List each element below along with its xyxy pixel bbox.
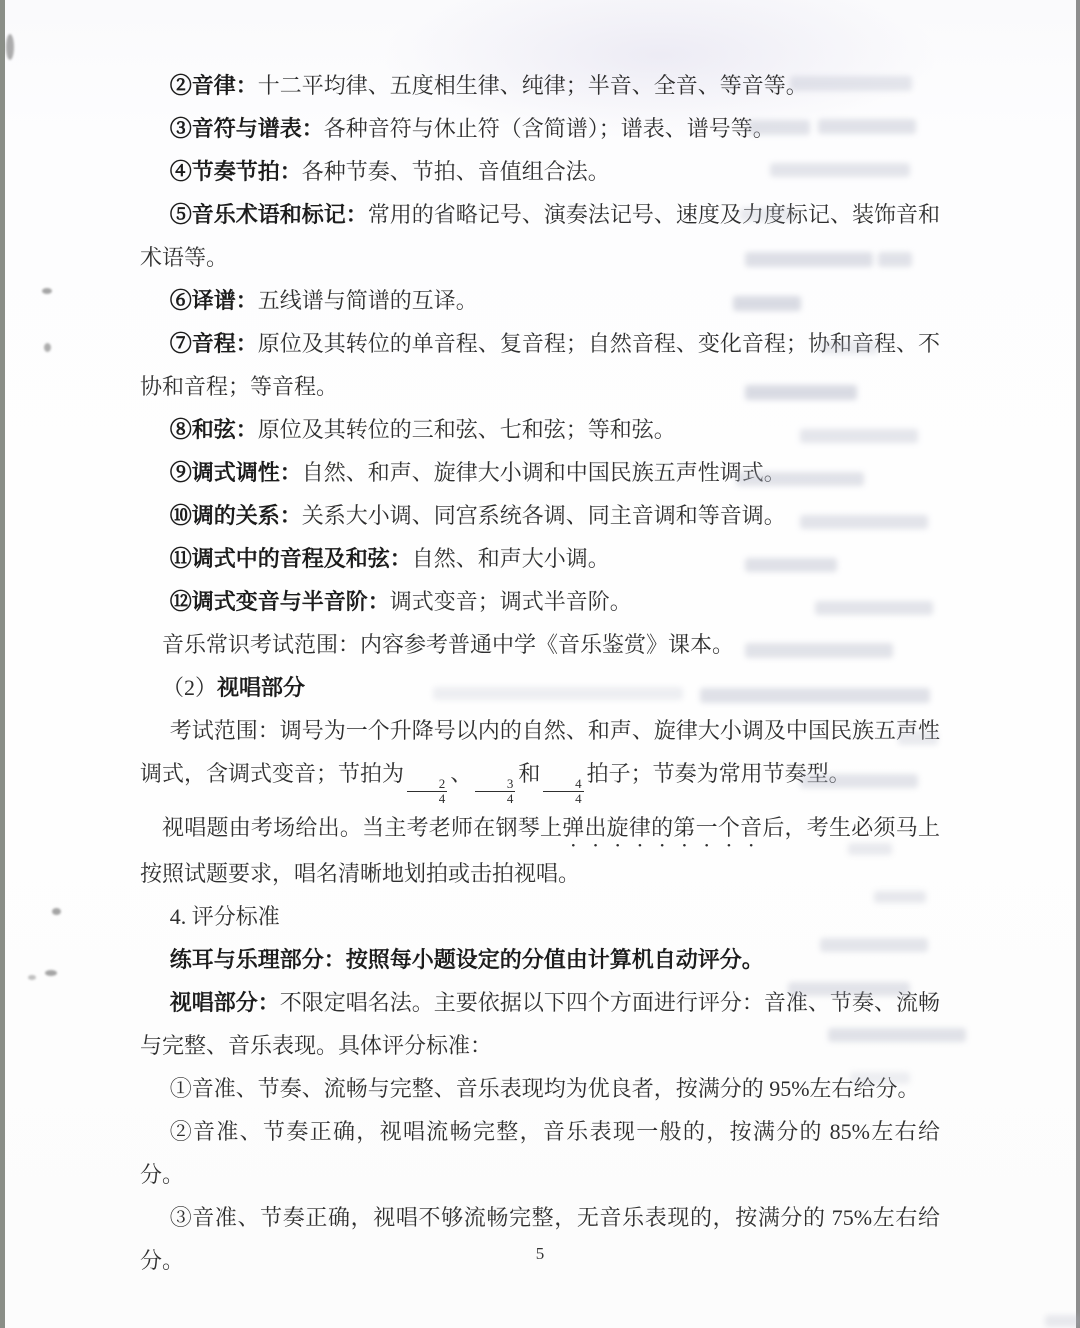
- text-run: ②音准、节奏正确，视唱流畅完整，音乐表现一般的，按满分的 85%左右给分。: [140, 1119, 940, 1187]
- ink-speck: [6, 34, 14, 60]
- text-run-bold: ⑫调式变音与半音阶：: [170, 589, 390, 614]
- fraction-denominator: 4: [475, 792, 515, 806]
- bleedthrough-mark: [815, 601, 933, 615]
- bleedthrough-mark: [818, 119, 916, 134]
- text-run-bold: 视唱部分: [217, 675, 305, 700]
- bleedthrough-mark: [850, 1072, 910, 1084]
- text-run: 调式变音；调式半音阶。: [390, 589, 632, 614]
- text-run: 音乐常识考试范围：内容参考普通中学《音乐鉴赏》课本。: [162, 632, 734, 657]
- heading-pingfen-biaozhun: 4. 评分标准: [140, 895, 940, 938]
- bleedthrough-mark: [800, 429, 918, 443]
- bleedthrough-mark: [745, 558, 837, 572]
- text-run: 五线谱与简谱的互译。: [258, 288, 478, 313]
- photo-edge-left: [0, 0, 5, 1328]
- text-run-bold: ④节奏节拍：: [170, 159, 302, 184]
- bleedthrough-mark: [740, 208, 795, 221]
- bleedthrough-mark: [828, 1028, 966, 1042]
- bleedthrough-mark: [800, 774, 918, 788]
- fraction-numerator: 4: [543, 777, 583, 792]
- text-run: 、: [450, 761, 472, 786]
- bleedthrough-mark: [745, 385, 857, 400]
- text-run: 原位及其转位的三和弦、七和弦；等和弦。: [258, 417, 676, 442]
- fraction-numerator: 3: [475, 777, 515, 792]
- ink-speck: [45, 970, 57, 976]
- grade-item-1: ①音准、节奏、流畅与完整、音乐表现均为优良者，按满分的 95%左右给分。: [140, 1067, 940, 1110]
- bleedthrough-mark: [745, 643, 893, 658]
- text-run-bold: ③音符与谱表：: [170, 116, 324, 141]
- bleedthrough-mark: [820, 938, 928, 952]
- text-run-bold: 练耳与乐理部分：按照每小题设定的分值由计算机自动评分。: [170, 947, 764, 972]
- text-run-emphasized: 弹出旋律的第一个音: [562, 815, 762, 840]
- grade-item-3: ③音准、节奏正确，视唱不够流畅完整，无音乐表现的，按满分的 75%左右给分。: [140, 1196, 940, 1282]
- bleedthrough-mark: [848, 843, 892, 855]
- text-run-bold: ②音律：: [170, 73, 258, 98]
- bleedthrough-mark: [770, 163, 910, 177]
- text-run: 自然、和声、旋律大小调和中国民族五声性调式。: [302, 460, 786, 485]
- bleedthrough-mark: [1045, 1315, 1080, 1327]
- para-kaoshi-fanwei: 考试范围：调号为一个升降号以内的自然、和声、旋律大小调及中国民族五声性调式，含调…: [140, 709, 940, 806]
- bleedthrough-mark: [433, 687, 683, 700]
- time-signature-fraction: 44: [543, 777, 583, 807]
- text-run-bold: ⑥译谱：: [170, 288, 258, 313]
- text-run: 十二平均律、五度相生律、纯律；半音、全音、等音等。: [258, 73, 808, 98]
- bleedthrough-mark: [790, 76, 912, 91]
- ink-speck: [42, 288, 52, 294]
- text-run: 视唱题由考场给出。当主考老师在钢琴上: [162, 815, 562, 840]
- grade-item-2: ②音准、节奏正确，视唱流畅完整，音乐表现一般的，按满分的 85%左右给分。: [140, 1110, 940, 1196]
- text-run: 各种节奏、节拍、音值组合法。: [302, 159, 610, 184]
- text-run: 4. 评分标准: [170, 904, 280, 929]
- para-shichangti: 视唱题由考场给出。当主考老师在钢琴上弹出旋律的第一个音后，考生必须马上按照试题要…: [140, 806, 940, 895]
- time-signature-fraction: 34: [475, 777, 515, 807]
- text-run: 自然、和声大小调。: [412, 546, 610, 571]
- bleedthrough-mark: [800, 515, 928, 529]
- bleedthrough-mark: [878, 252, 912, 267]
- bleedthrough-mark: [748, 120, 810, 135]
- text-run-bold: ⑧和弦：: [170, 417, 258, 442]
- ink-speck: [44, 343, 51, 352]
- item-6-yipu: ⑥译谱：五线谱与简谱的互译。: [140, 279, 940, 322]
- fraction-denominator: 4: [543, 792, 583, 806]
- text-run: 和: [518, 761, 540, 786]
- text-run: （2）: [162, 675, 217, 700]
- ink-speck: [28, 975, 36, 980]
- scanned-document-page: ②音律：十二平均律、五度相生律、纯律；半音、全音、等音等。③音符与谱表：各种音符…: [0, 0, 1080, 1328]
- text-run: 关系大小调、同宫系统各调、同主音调和等音调。: [302, 503, 786, 528]
- bleedthrough-mark: [736, 472, 864, 486]
- text-run-bold: ⑤音乐术语和标记：: [170, 202, 368, 227]
- text-run-bold: ⑪调式中的音程及和弦：: [170, 546, 412, 571]
- text-run: 各种音符与休止符（含简谱）；谱表、谱号等。: [324, 116, 775, 141]
- text-run: ①音准、节奏、流畅与完整、音乐表现均为优良者，按满分的 95%左右给分。: [170, 1076, 920, 1101]
- ink-speck: [52, 908, 61, 915]
- bleedthrough-mark: [874, 891, 926, 903]
- page-number: 5: [0, 1244, 1080, 1264]
- bleedthrough-mark: [700, 688, 930, 703]
- text-run-bold: ⑨调式调性：: [170, 460, 302, 485]
- time-signature-fraction: 24: [407, 777, 447, 807]
- fraction-numerator: 2: [407, 777, 447, 792]
- bleedthrough-mark: [898, 731, 938, 745]
- photo-edge-right: [1076, 0, 1080, 1328]
- bleedthrough-mark: [820, 341, 878, 354]
- bleedthrough-mark: [788, 982, 910, 996]
- text-run-bold: ⑩调的关系：: [170, 503, 302, 528]
- bleedthrough-mark: [745, 252, 873, 267]
- text-run-bold: 视唱部分：: [170, 990, 280, 1015]
- bleedthrough-mark: [733, 296, 801, 311]
- document-body: ②音律：十二平均律、五度相生律、纯律；半音、全音、等音等。③音符与谱表：各种音符…: [140, 64, 940, 1282]
- text-run-bold: ⑦音程：: [170, 331, 258, 356]
- fraction-denominator: 4: [407, 792, 447, 806]
